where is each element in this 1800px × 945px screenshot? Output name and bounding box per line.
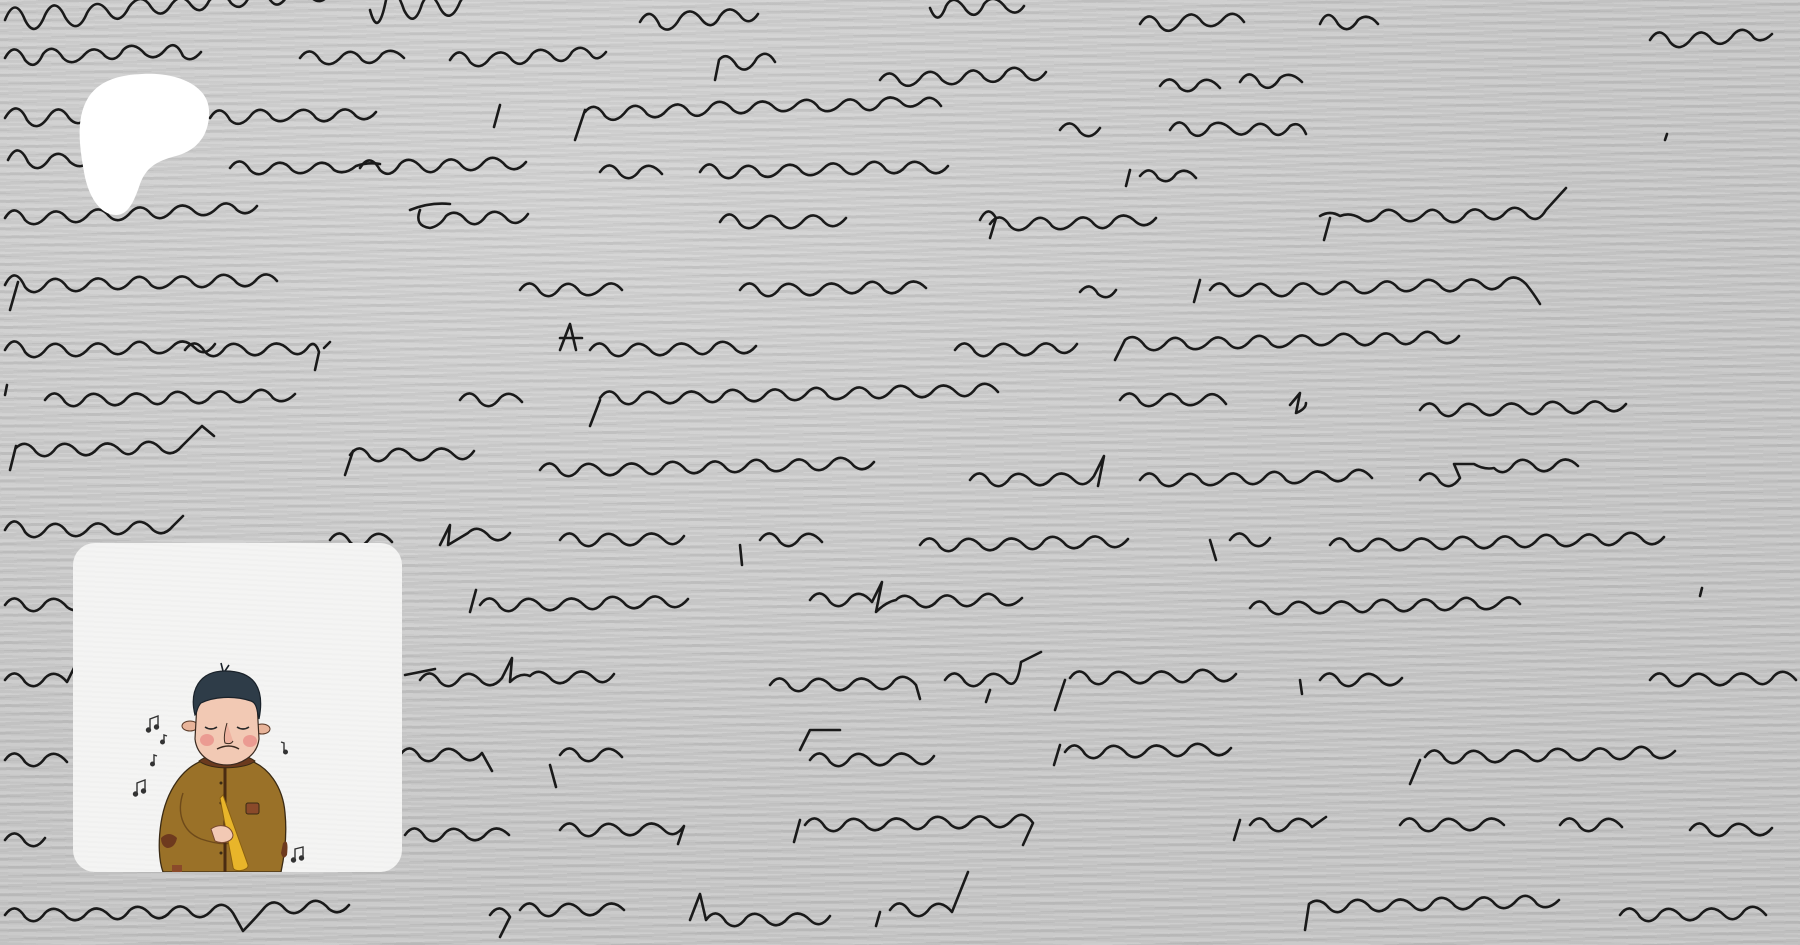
illustration-card: [73, 543, 402, 872]
coat: [159, 759, 286, 872]
blob-logo-icon[interactable]: [78, 72, 210, 216]
horn-player-illustration: [73, 543, 402, 872]
